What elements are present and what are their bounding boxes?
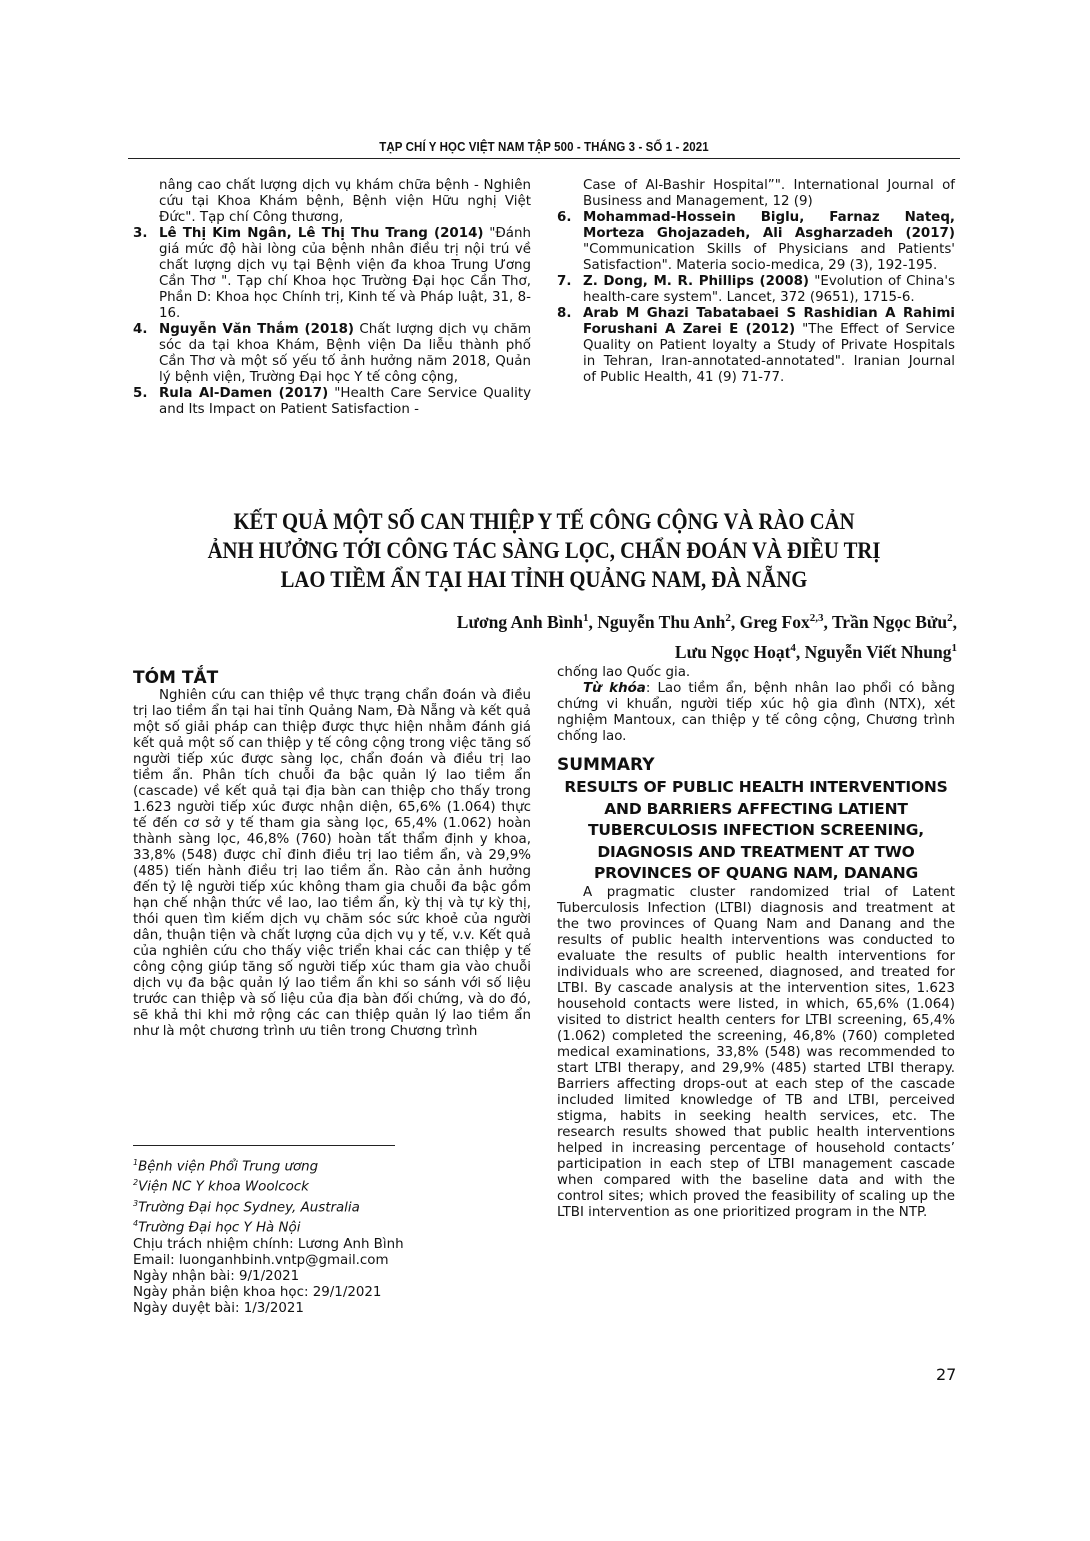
author-separator: ,: [589, 612, 598, 632]
reference-continuation: nâng cao chất lượng dịch vụ khám chữa bệ…: [133, 178, 531, 226]
affiliation-note: 4Trường Đại học Y Hà Nội: [133, 1216, 531, 1236]
reference-item: 4. Nguyễn Văn Thắm (2018) Chất lượng dịc…: [133, 322, 531, 386]
date-accepted: Ngày duyệt bài: 1/3/2021: [133, 1301, 531, 1317]
journal-page: TẠP CHÍ Y HỌC VIỆT NAM TẬP 500 - THÁNG 3…: [0, 0, 1090, 1541]
abstract-right-column: chống lao Quốc gia. Từ khóa: Lao tiềm ẩn…: [557, 665, 955, 1221]
summary-heading: SUMMARY: [557, 755, 955, 775]
corresponding-author: Chịu trách nhiệm chính: Lương Anh Bình: [133, 1237, 531, 1253]
date-received: Ngày nhận bài: 9/1/2021: [133, 1269, 531, 1285]
english-title: RESULTS OF PUBLIC HEALTH INTERVENTIONS A…: [557, 777, 955, 885]
reference-item: 7. Z. Dong, M. R. Phillips (2008) "Evolu…: [557, 274, 955, 306]
reference-item: 3. Lê Thị Kim Ngân, Lê Thị Thu Trang (20…: [133, 226, 531, 322]
affiliation-note: 2Viện NC Y khoa Woolcock: [133, 1175, 531, 1195]
author-name: Nguyễn Viết Nhung: [805, 642, 952, 662]
header-rule: [128, 158, 960, 159]
references-right: Case of Al-Bashir Hospital”". Internatio…: [557, 178, 955, 386]
article-title: KẾT QUẢ MỘT SỐ CAN THIỆP Y TẾ CÔNG CỘNG …: [170, 507, 919, 594]
title-line: LAO TIỀM ẨN TẠI HAI TỈNH QUẢNG NAM, ĐÀ N…: [170, 565, 919, 594]
reference-authors: Nguyễn Văn Thắm (2018): [159, 322, 354, 337]
reference-item: 5. Rula Al-Damen (2017) "Health Care Ser…: [133, 386, 531, 418]
abstract-body: Nghiên cứu can thiệp về thực trạng chẩn …: [133, 688, 531, 1040]
reference-authors: Z. Dong, M. R. Phillips (2008): [583, 274, 809, 289]
keywords-label: Từ khóa: [583, 681, 646, 696]
reference-item: 6. Mohammad-Hossein Biglu, Farnaz Nateq,…: [557, 210, 955, 274]
affiliation-note: 1Bệnh viện Phổi Trung ương: [133, 1155, 531, 1175]
reference-number: 8.: [557, 306, 571, 322]
page-number: 27: [936, 1365, 956, 1384]
author-name: Greg Fox: [740, 612, 810, 632]
abstract-vietnamese: TÓM TẮT Nghiên cứu can thiệp về thực trạ…: [133, 668, 531, 1040]
footnotes: 1Bệnh viện Phổi Trung ương 2Viện NC Y kh…: [133, 1155, 531, 1317]
abstract-continuation: chống lao Quốc gia.: [557, 665, 955, 681]
summary-body: A pragmatic cluster randomized trial of …: [557, 885, 955, 1221]
affiliation-text: Trường Đại học Y Hà Nội: [138, 1221, 300, 1236]
reference-item: 8. Arab M Ghazi Tabatabaei S Rashidian A…: [557, 306, 955, 386]
reference-number: 3.: [133, 226, 147, 242]
affiliation-text: Bệnh viện Phổi Trung ương: [138, 1159, 318, 1174]
running-head: TẠP CHÍ Y HỌC VIỆT NAM TẬP 500 - THÁNG 3…: [161, 140, 926, 154]
author-separator: ,: [824, 612, 832, 632]
date-reviewed: Ngày phản biện khoa học: 29/1/2021: [133, 1285, 531, 1301]
reference-number: 4.: [133, 322, 147, 338]
author-name: Nguyễn Thu Anh: [597, 612, 725, 632]
affiliation-note: 3Trường Đại học Sydney, Australia: [133, 1196, 531, 1216]
reference-authors: Mohammad-Hossein Biglu, Farnaz Nateq, Mo…: [583, 210, 955, 241]
author-name: Lưu Ngọc Hoạt: [675, 642, 791, 662]
affiliation-text: Trường Đại học Sydney, Australia: [138, 1200, 360, 1215]
contact-email[interactable]: Email: luonganhbinh.vntp@gmail.com: [133, 1253, 531, 1269]
author-line: Lưu Ngọc Hoạt4, Nguyễn Viết Nhung1: [457, 635, 957, 665]
keywords: Từ khóa: Lao tiềm ẩn, bệnh nhân lao phổi…: [557, 681, 955, 745]
author-name: Lương Anh Bình: [457, 612, 583, 632]
author-separator: ,: [731, 612, 740, 632]
footnote-rule: [133, 1145, 395, 1146]
author-affiliation: 1: [952, 642, 958, 654]
reference-number: 6.: [557, 210, 571, 226]
reference-authors: Lê Thị Kim Ngân, Lê Thị Thu Trang (2014): [159, 226, 484, 241]
reference-continuation: Case of Al-Bashir Hospital”". Internatio…: [557, 178, 955, 210]
affiliation-text: Viện NC Y khoa Woolcock: [138, 1180, 309, 1195]
title-line: KẾT QUẢ MỘT SỐ CAN THIỆP Y TẾ CÔNG CỘNG …: [170, 507, 919, 536]
author-separator: ,: [796, 642, 805, 662]
author-separator: ,: [953, 612, 957, 632]
author-list: Lương Anh Bình1, Nguyễn Thu Anh2, Greg F…: [457, 605, 957, 665]
author-affiliation: 2,3: [810, 612, 824, 624]
title-line: ẢNH HƯỞNG TỚI CÔNG TÁC SÀNG LỌC, CHẨN ĐO…: [170, 536, 919, 565]
reference-number: 7.: [557, 274, 571, 290]
reference-number: 5.: [133, 386, 147, 402]
abstract-heading: TÓM TẮT: [133, 668, 531, 688]
author-line: Lương Anh Bình1, Nguyễn Thu Anh2, Greg F…: [457, 605, 957, 635]
reference-text: "Communication Skills of Physicians and …: [583, 242, 955, 273]
references-left: nâng cao chất lượng dịch vụ khám chữa bệ…: [133, 178, 531, 418]
author-name: Trần Ngọc Bửu: [832, 612, 947, 632]
reference-authors: Rula Al-Damen (2017): [159, 386, 328, 401]
